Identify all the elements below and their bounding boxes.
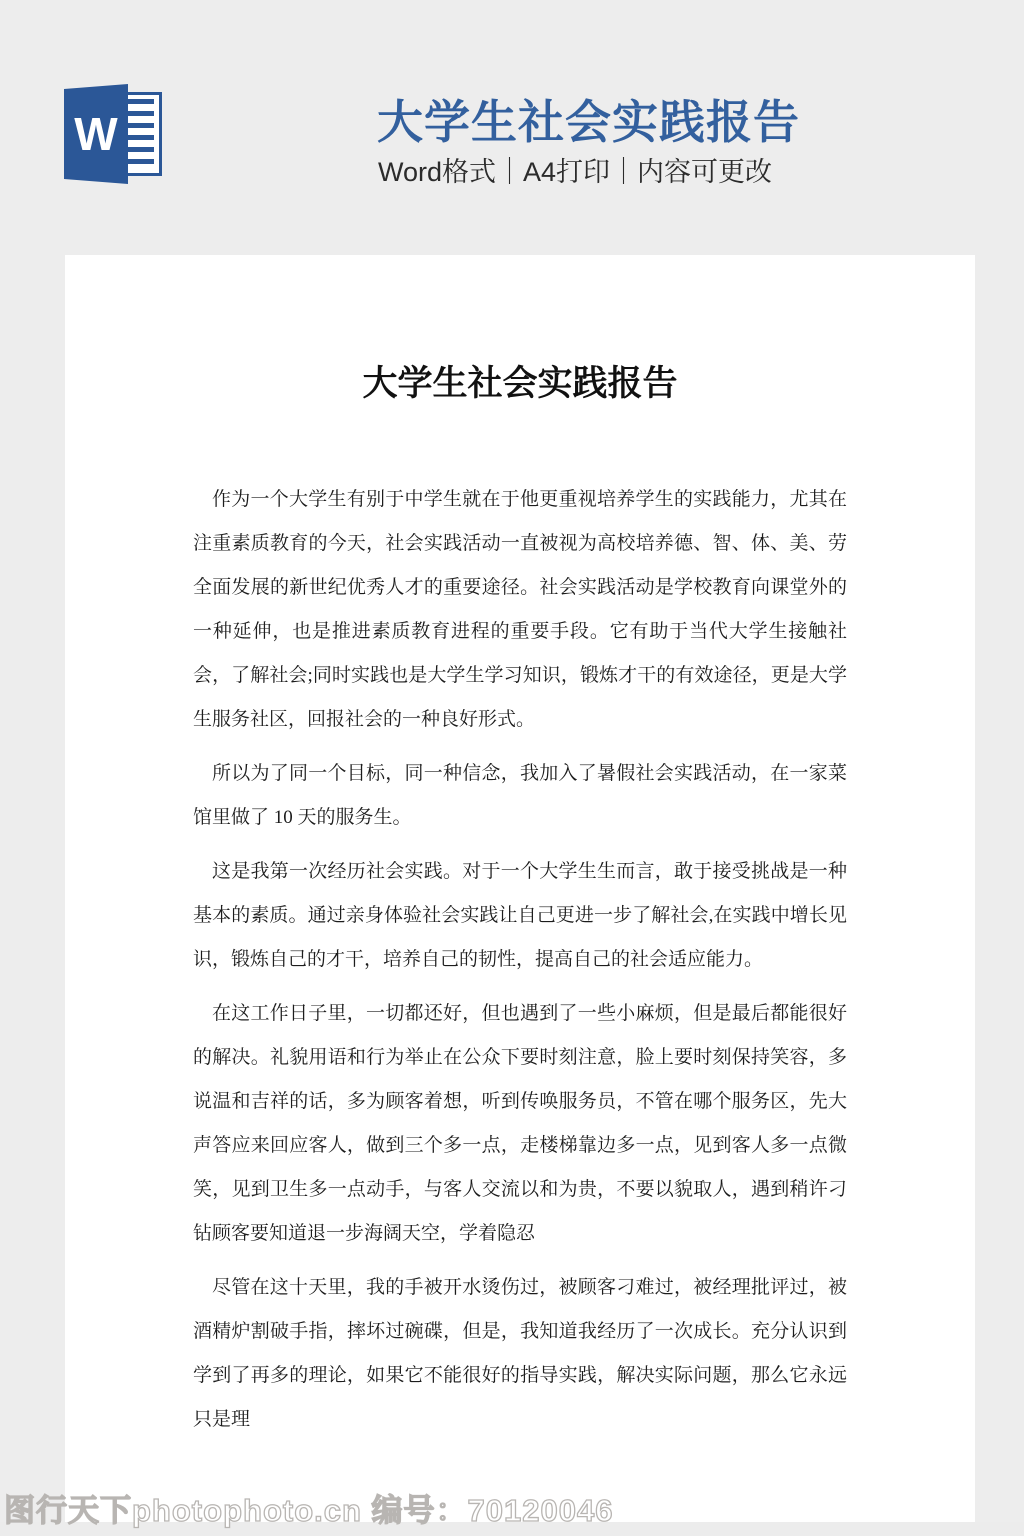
- document-paragraph: 尽管在这十天里，我的手被开水烫伤过，被顾客刁难过，被经理批评过，被酒精炉割破手指…: [193, 1266, 847, 1442]
- watermark-text: 图行天下photophoto.cn 编号：70120046: [4, 1485, 613, 1530]
- word-logo-panel-icon: W: [64, 84, 128, 184]
- header: W 大学生社会实践报告 Word格式｜A4打印｜内容可更改: [0, 0, 1024, 255]
- document-page: 大学生社会实践报告 作为一个大学生有别于中学生就在于他更重视培养学生的实践能力，…: [65, 255, 975, 1522]
- document-title: 大学生社会实践报告: [193, 360, 847, 408]
- document-paragraph: 所以为了同一个目标，同一种信念，我加入了暑假社会实践活动，在一家菜馆里做了 10…: [193, 752, 847, 840]
- document-body: 作为一个大学生有别于中学生就在于他更重视培养学生的实践能力，尤其在注重素质教育的…: [193, 478, 847, 1442]
- page-root: { "header": { "title": "大学生社会实践报告", "sub…: [0, 0, 1024, 1536]
- document-paragraph: 在这工作日子里，一切都还好，但也遇到了一些小麻烦，但是最后都能很好的解决。礼貌用…: [193, 992, 847, 1256]
- document-paragraph: 这是我第一次经历社会实践。对于一个大学生生而言，敢于接受挑战是一种基本的素质。通…: [193, 850, 847, 982]
- header-title: 大学生社会实践报告: [377, 86, 800, 152]
- document-paragraph: 作为一个大学生有别于中学生就在于他更重视培养学生的实践能力，尤其在注重素质教育的…: [193, 478, 847, 742]
- word-logo-letter: W: [74, 111, 117, 157]
- header-subtitle: Word格式｜A4打印｜内容可更改: [378, 150, 772, 189]
- word-icon: W: [64, 84, 164, 184]
